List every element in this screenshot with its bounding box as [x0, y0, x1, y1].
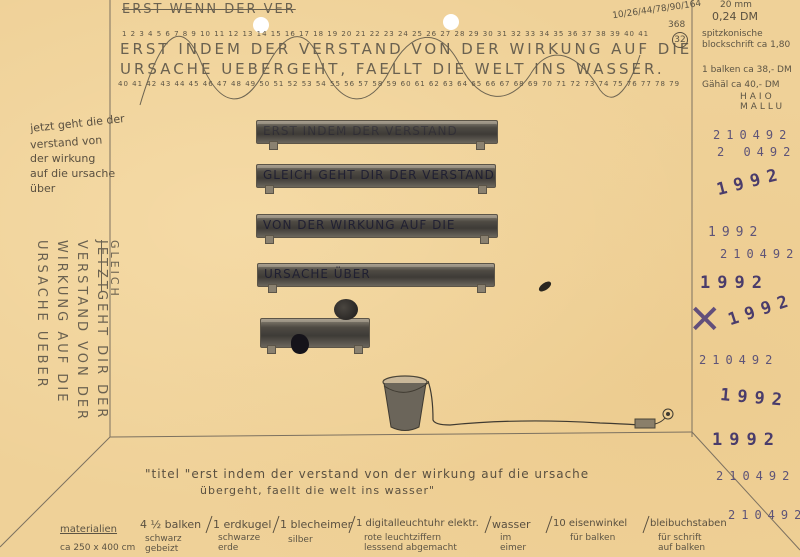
material-separators	[0, 0, 800, 557]
